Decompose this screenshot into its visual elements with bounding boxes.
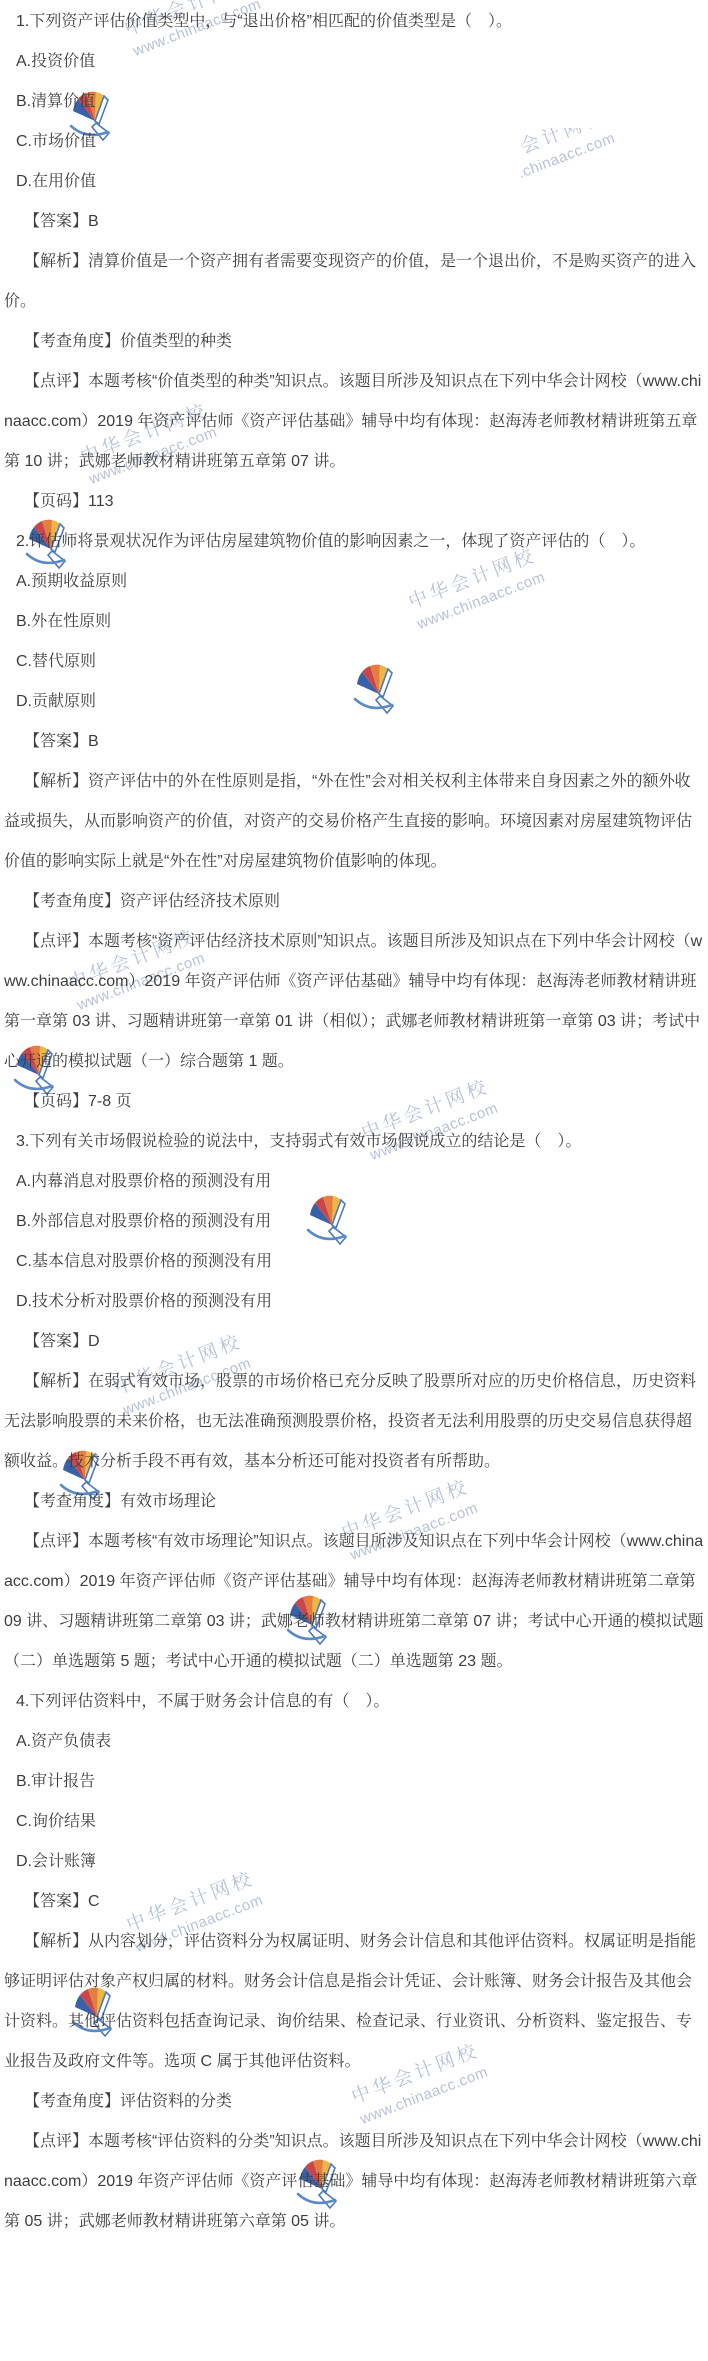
- page-value: 113: [88, 493, 114, 510]
- question-4-comment: 【点评】本题考核“评估资料的分类”知识点。该题目所涉及知识点在下列中华会计网校（…: [4, 2122, 706, 2242]
- question-1-angle: 【考查角度】价值类型的种类: [4, 322, 706, 362]
- analysis-label: 【解析】: [24, 1373, 88, 1390]
- option-text: A.内幕消息对股票价格的预测没有用: [16, 1173, 271, 1190]
- option-text: C.替代原则: [16, 653, 96, 670]
- comment-label: 【点评】: [24, 373, 88, 390]
- comment-label: 【点评】: [24, 1533, 88, 1550]
- question-2-stem: 2.评估师将景观状况作为评估房屋建筑物价值的影响因素之一，体现了资产评估的（ ）…: [4, 522, 706, 562]
- analysis-text: 资产评估中的外在性原则是指，“外在性”会对相关权利主体带来自身因素之外的额外收益…: [4, 773, 692, 870]
- question-4-angle: 【考查角度】评估资料的分类: [4, 2082, 706, 2122]
- question-1-option-d: D.在用价值: [4, 162, 706, 202]
- question-1-stem: 1.下列资产评估价值类型中，与“退出价格”相匹配的价值类型是（ ）。: [4, 2, 706, 42]
- option-text: B.清算价值: [16, 93, 95, 110]
- option-text: B.外部信息对股票价格的预测没有用: [16, 1213, 271, 1230]
- comment-label: 【点评】: [24, 2133, 88, 2150]
- question-3-comment: 【点评】本题考核“有效市场理论”知识点。该题目所涉及知识点在下列中华会计网校（w…: [4, 1522, 706, 1682]
- option-text: D.会计账簿: [16, 1853, 96, 1870]
- question-2-option-a: A.预期收益原则: [4, 562, 706, 602]
- question-2-option-b: B.外在性原则: [4, 602, 706, 642]
- option-text: B.审计报告: [16, 1773, 95, 1790]
- page-value: 7-8 页: [88, 1093, 132, 1110]
- question-3-option-d: D.技术分析对股票价格的预测没有用: [4, 1282, 706, 1322]
- option-text: C.基本信息对股票价格的预测没有用: [16, 1253, 272, 1270]
- option-text: A.预期收益原则: [16, 573, 127, 590]
- question-1-option-c: C.市场价值: [4, 122, 706, 162]
- question-3-option-c: C.基本信息对股票价格的预测没有用: [4, 1242, 706, 1282]
- option-text: C.询价结果: [16, 1813, 96, 1830]
- angle-label: 【考查角度】: [24, 2093, 120, 2110]
- question-4-stem: 4.下列评估资料中，不属于财务会计信息的有（ ）。: [4, 1682, 706, 1722]
- analysis-label: 【解析】: [24, 253, 88, 270]
- comment-text: 本题考核“资产评估经济技术原则”知识点。该题目所涉及知识点在下列中华会计网校（w…: [4, 933, 702, 1070]
- question-1-page: 【页码】113: [4, 482, 706, 522]
- page-label: 【页码】: [24, 493, 88, 510]
- answer-label: 【答案】: [24, 213, 88, 230]
- angle-label: 【考查角度】: [24, 893, 120, 910]
- question-1-option-b: B.清算价值: [4, 82, 706, 122]
- answer-value: B: [88, 733, 99, 750]
- question-2-comment: 【点评】本题考核“资产评估经济技术原则”知识点。该题目所涉及知识点在下列中华会计…: [4, 922, 706, 1082]
- question-text: 2.评估师将景观状况作为评估房屋建筑物价值的影响因素之一，体现了资产评估的（ ）…: [16, 533, 645, 550]
- angle-label: 【考查角度】: [24, 333, 120, 350]
- question-2-option-d: D.贡献原则: [4, 682, 706, 722]
- answer-value: C: [88, 1893, 100, 1910]
- question-1-answer: 【答案】B: [4, 202, 706, 242]
- page-label: 【页码】: [24, 1093, 88, 1110]
- option-text: B.外在性原则: [16, 613, 111, 630]
- question-2-answer: 【答案】B: [4, 722, 706, 762]
- question-text: 1.下列资产评估价值类型中，与“退出价格”相匹配的价值类型是（ ）。: [16, 13, 512, 30]
- question-1-option-a: A.投资价值: [4, 42, 706, 82]
- comment-text: 本题考核“评估资料的分类”知识点。该题目所涉及知识点在下列中华会计网校（www.…: [4, 2133, 701, 2230]
- angle-label: 【考查角度】: [24, 1493, 120, 1510]
- comment-text: 本题考核“有效市场理论”知识点。该题目所涉及知识点在下列中华会计网校（www.c…: [4, 1533, 704, 1670]
- option-text: A.资产负债表: [16, 1733, 111, 1750]
- question-4-analysis: 【解析】从内容划分，评估资料分为权属证明、财务会计信息和其他评估资料。权属证明是…: [4, 1922, 706, 2082]
- question-4-option-c: C.询价结果: [4, 1802, 706, 1842]
- answer-value: B: [88, 213, 99, 230]
- angle-text: 价值类型的种类: [120, 333, 232, 350]
- angle-text: 资产评估经济技术原则: [120, 893, 280, 910]
- answer-label: 【答案】: [24, 1333, 88, 1350]
- option-text: D.贡献原则: [16, 693, 96, 710]
- question-2-analysis: 【解析】资产评估中的外在性原则是指，“外在性”会对相关权利主体带来自身因素之外的…: [4, 762, 706, 882]
- question-3-option-b: B.外部信息对股票价格的预测没有用: [4, 1202, 706, 1242]
- question-2-angle: 【考查角度】资产评估经济技术原则: [4, 882, 706, 922]
- question-text: 4.下列评估资料中，不属于财务会计信息的有（ ）。: [16, 1693, 389, 1710]
- question-4-option-b: B.审计报告: [4, 1762, 706, 1802]
- question-3-analysis: 【解析】在弱式有效市场，股票的市场价格已充分反映了股票所对应的历史价格信息，历史…: [4, 1362, 706, 1482]
- question-2-option-c: C.替代原则: [4, 642, 706, 682]
- comment-text: 本题考核“价值类型的种类”知识点。该题目所涉及知识点在下列中华会计网校（www.…: [4, 373, 701, 470]
- analysis-label: 【解析】: [24, 1933, 88, 1950]
- document-page: 中华会计网校 www.chinaacc.com 中华会计网校 www.china…: [0, 0, 708, 2361]
- question-1-analysis: 【解析】清算价值是一个资产拥有者需要变现资产的价值，是一个退出价，不是购买资产的…: [4, 242, 706, 322]
- question-text: 3.下列有关市场假说检验的说法中，支持弱式有效市场假说成立的结论是（ ）。: [16, 1133, 581, 1150]
- analysis-text: 清算价值是一个资产拥有者需要变现资产的价值，是一个退出价，不是购买资产的进入价。: [4, 253, 696, 310]
- analysis-text: 在弱式有效市场，股票的市场价格已充分反映了股票所对应的历史价格信息，历史资料无法…: [4, 1373, 696, 1470]
- question-2-page: 【页码】7-8 页: [4, 1082, 706, 1122]
- option-text: C.市场价值: [16, 133, 96, 150]
- option-text: D.技术分析对股票价格的预测没有用: [16, 1293, 272, 1310]
- exam-content: 1.下列资产评估价值类型中，与“退出价格”相匹配的价值类型是（ ）。 A.投资价…: [0, 0, 708, 2242]
- answer-label: 【答案】: [24, 733, 88, 750]
- question-3-option-a: A.内幕消息对股票价格的预测没有用: [4, 1162, 706, 1202]
- question-4-option-a: A.资产负债表: [4, 1722, 706, 1762]
- analysis-text: 从内容划分，评估资料分为权属证明、财务会计信息和其他评估资料。权属证明是指能够证…: [4, 1933, 696, 2070]
- option-text: A.投资价值: [16, 53, 95, 70]
- option-text: D.在用价值: [16, 173, 96, 190]
- question-1-comment: 【点评】本题考核“价值类型的种类”知识点。该题目所涉及知识点在下列中华会计网校（…: [4, 362, 706, 482]
- question-4-option-d: D.会计账簿: [4, 1842, 706, 1882]
- question-3-stem: 3.下列有关市场假说检验的说法中，支持弱式有效市场假说成立的结论是（ ）。: [4, 1122, 706, 1162]
- answer-label: 【答案】: [24, 1893, 88, 1910]
- question-3-angle: 【考查角度】有效市场理论: [4, 1482, 706, 1522]
- question-3-answer: 【答案】D: [4, 1322, 706, 1362]
- analysis-label: 【解析】: [24, 773, 88, 790]
- comment-label: 【点评】: [24, 933, 88, 950]
- question-4-answer: 【答案】C: [4, 1882, 706, 1922]
- angle-text: 评估资料的分类: [120, 2093, 232, 2110]
- angle-text: 有效市场理论: [120, 1493, 216, 1510]
- answer-value: D: [88, 1333, 100, 1350]
